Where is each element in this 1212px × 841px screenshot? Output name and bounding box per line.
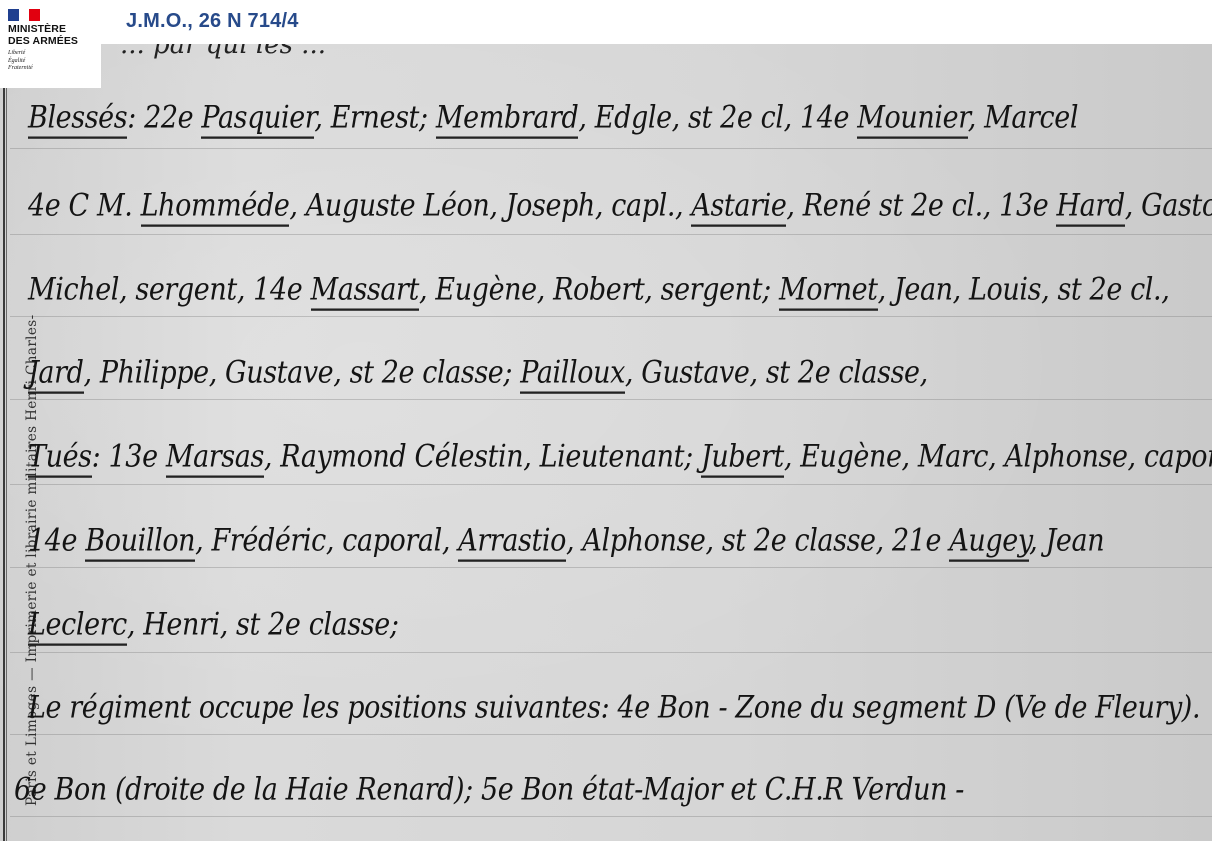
french-flag-icon xyxy=(8,9,40,21)
line-text: 6e Bon (droite de la Haie Renard); 5e Bo… xyxy=(14,772,964,808)
line-text: Michel, sergent, 14e xyxy=(28,272,311,308)
soldier-surname: Mornet xyxy=(779,272,878,311)
ministere-des-armees-logo[interactable]: MINISTÈRE DES ARMÉES Liberté Égalité Fra… xyxy=(0,0,101,88)
ruled-line xyxy=(10,399,1212,400)
ruled-line xyxy=(10,234,1212,235)
section-heading-tues: Tués xyxy=(28,439,92,478)
soldier-surname: Pasquier xyxy=(201,100,314,139)
line-text: , Jean xyxy=(1029,523,1104,559)
handwritten-line-1: Blessés: 22e Pasquier, Ernest; Membrard,… xyxy=(28,100,1078,136)
handwritten-line-6: 14e Bouillon, Frédéric, caporal, Arrasti… xyxy=(28,523,1104,559)
ministry-name-line1: MINISTÈRE xyxy=(8,24,101,36)
line-text: , Frédéric, caporal, xyxy=(195,523,458,559)
line-text: , Eugène, Marc, Alphonse, caporal; xyxy=(784,439,1212,475)
soldier-surname: Pailloux xyxy=(520,355,625,394)
soldier-surname: Arrastio xyxy=(458,523,566,562)
soldier-surname: Jubert xyxy=(701,439,784,478)
soldier-surname: Mounier xyxy=(857,100,967,139)
soldier-surname: Marsas xyxy=(166,439,264,478)
soldier-surname: Jard xyxy=(28,355,84,394)
handwritten-line-5: Tués: 13e Marsas, Raymond Célestin, Lieu… xyxy=(28,439,1212,475)
scanned-document-page[interactable]: ... par qui les ... Paris et Limoges — I… xyxy=(0,44,1212,841)
line-text: , Alphonse, st 2e classe, 21e xyxy=(566,523,949,559)
section-heading-blesses: Blessés xyxy=(28,100,127,139)
ministry-name-line2: DES ARMÉES xyxy=(8,36,101,48)
handwritten-line-8: Le régiment occupe les positions suivant… xyxy=(28,690,1200,726)
motto-fraternite: Fraternité xyxy=(8,65,101,73)
soldier-surname: Astarie xyxy=(691,188,786,227)
handwritten-line-4: Jard, Philippe, Gustave, st 2e classe; P… xyxy=(28,355,928,391)
ruled-line xyxy=(10,484,1212,485)
line-text: , Jean, Louis, st 2e cl., xyxy=(878,272,1170,308)
handwritten-line-3: Michel, sergent, 14e Massart, Eugène, Ro… xyxy=(28,272,1169,308)
line-text: , Ernest; xyxy=(314,100,436,136)
line-text: 4e C M. xyxy=(28,188,141,224)
handwritten-line-2: 4e C M. Lhomméde, Auguste Léon, Joseph, … xyxy=(28,188,1212,224)
ruled-line xyxy=(10,734,1212,735)
soldier-surname: Massart xyxy=(311,272,420,311)
soldier-surname: Bouillon xyxy=(85,523,195,562)
soldier-surname: Leclerc xyxy=(28,607,127,646)
republic-motto: Liberté Égalité Fraternité xyxy=(8,50,101,73)
handwritten-line-9: 6e Bon (droite de la Haie Renard); 5e Bo… xyxy=(14,772,964,808)
line-text: , René st 2e cl., 13e xyxy=(786,188,1056,224)
line-text: , Edgle, st 2e cl, 14e xyxy=(578,100,857,136)
line-text: , Auguste Léon, Joseph, capl., xyxy=(289,188,691,224)
motto-liberte: Liberté xyxy=(8,50,101,58)
soldier-surname: Membrard xyxy=(436,100,579,139)
line-text: Le régiment occupe les positions suivant… xyxy=(28,690,1200,726)
soldier-surname: Augey xyxy=(949,523,1029,562)
ruled-line xyxy=(10,567,1212,568)
page-margin-rule xyxy=(3,44,5,841)
ruled-line xyxy=(10,148,1212,149)
line-text: , Philippe, Gustave, st 2e classe; xyxy=(84,355,521,391)
ruled-line xyxy=(10,652,1212,653)
partial-handwritten-line: ... par qui les ... xyxy=(120,44,326,60)
line-text: , Marcel xyxy=(968,100,1078,136)
header-bar: J.M.O., 26 N 714/4 xyxy=(0,0,1212,44)
line-text: : 22e xyxy=(127,100,201,136)
line-text: : 13e xyxy=(92,439,166,475)
ruled-line xyxy=(10,316,1212,317)
line-text: 14e xyxy=(28,523,85,559)
page-margin-rule-inner xyxy=(6,44,7,841)
line-text: , Eugène, Robert, sergent; xyxy=(419,272,779,308)
motto-egalite: Égalité xyxy=(8,58,101,66)
line-text: , Gustave, st 2e classe, xyxy=(625,355,928,391)
line-text: , Gaston, xyxy=(1125,188,1212,224)
document-reference-title: J.M.O., 26 N 714/4 xyxy=(126,10,299,33)
line-text: , Raymond Célestin, Lieutenant; xyxy=(264,439,701,475)
soldier-surname: Hard xyxy=(1056,188,1124,227)
line-text: , Henri, st 2e classe; xyxy=(127,607,399,643)
soldier-surname: Lhomméde xyxy=(141,188,290,227)
handwritten-line-7: Leclerc, Henri, st 2e classe; xyxy=(28,607,399,643)
ruled-line xyxy=(10,816,1212,817)
